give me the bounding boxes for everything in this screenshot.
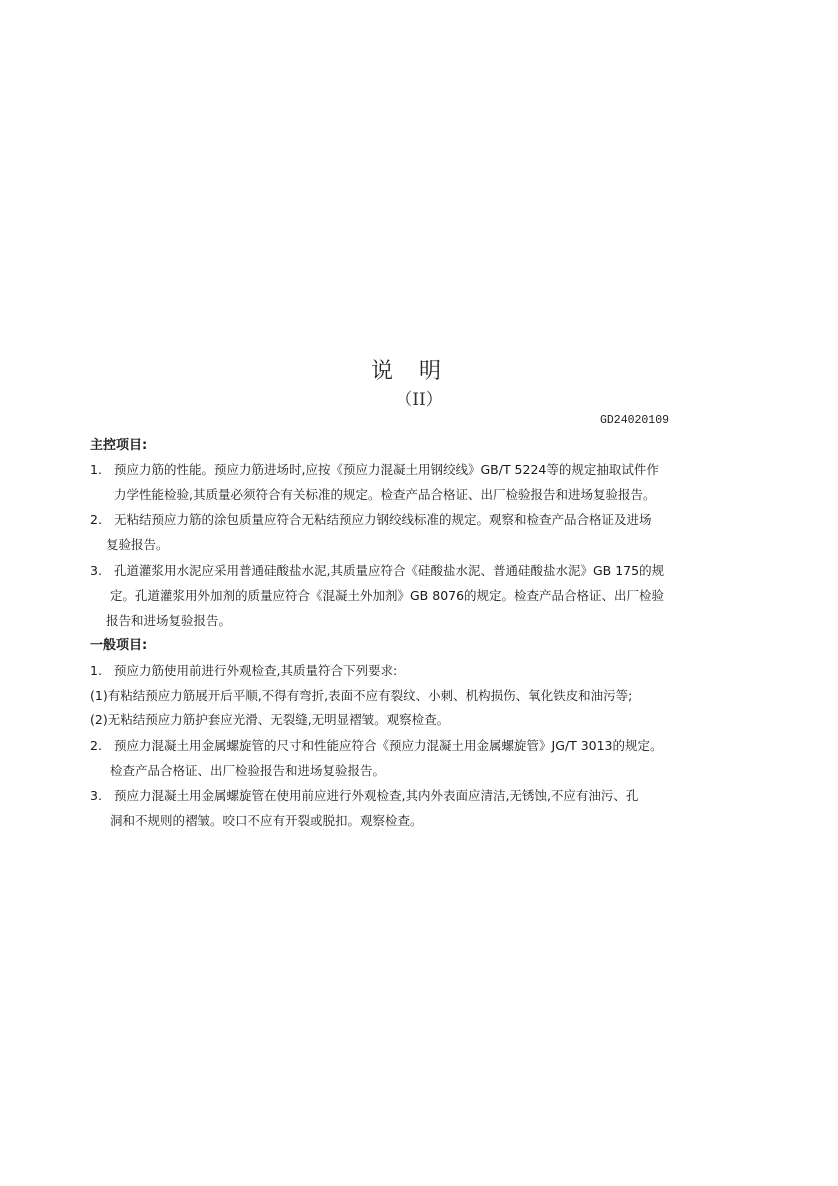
item-number: 1.	[90, 663, 114, 679]
list-item-general-3-line-2: 洞和不规则的褶皱。咬口不应有开裂或脱扣。观察检查。	[110, 813, 423, 829]
item-text: 预应力混凝土用金属螺旋管在使用前应进行外观检查,其内外表面应清洁,无锈蚀,不应有…	[114, 788, 638, 803]
list-item-general-3-line-1: 3.预应力混凝土用金属螺旋管在使用前应进行外观检查,其内外表面应清洁,无锈蚀,不…	[90, 788, 638, 804]
section-heading-general: 一般项目:	[90, 638, 147, 654]
list-item-main-3-line-3: 报告和进场复验报告。	[106, 613, 231, 629]
list-item-general-2-line-1: 2.预应力混凝土用金属螺旋管的尺寸和性能应符合《预应力混凝土用金属螺旋管》JG/…	[90, 738, 663, 754]
list-item-general-1-line-1: 1.预应力筋使用前进行外观检查,其质量符合下列要求:	[90, 663, 397, 679]
page-subtitle: （II）	[0, 385, 838, 410]
list-item-main-3-line-2: 定。孔道灌浆用外加剂的质量应符合《混凝土外加剂》GB 8076的规定。检查产品合…	[110, 588, 664, 604]
item-text: 预应力混凝土用金属螺旋管的尺寸和性能应符合《预应力混凝土用金属螺旋管》JG/T …	[114, 738, 663, 753]
item-number: 3.	[90, 563, 114, 579]
sub-item-general-1-2: (2)无粘结预应力筋护套应光滑、无裂缝,无明显褶皱。观察检查。	[90, 712, 449, 728]
sub-item-general-1-1: (1)有粘结预应力筋展开后平顺,不得有弯折,表面不应有裂纹、小刺、机构损伤、氧化…	[90, 688, 632, 704]
item-number: 2.	[90, 512, 114, 528]
list-item-general-2-line-2: 检查产品合格证、出厂检验报告和进场复验报告。	[110, 763, 385, 779]
document-page: 说明 （II） GD24020109 主控项目: 1.预应力筋的性能。预应力筋进…	[0, 0, 838, 1186]
list-item-main-1-line-2: 力学性能检验,其质量必须符合有关标准的规定。检查产品合格证、出厂检验报告和进场复…	[114, 487, 655, 503]
list-item-main-1-line-1: 1.预应力筋的性能。预应力筋进场时,应按《预应力混凝土用钢绞线》GB/T 522…	[90, 462, 659, 478]
item-text: 孔道灌浆用水泥应采用普通硅酸盐水泥,其质量应符合《硅酸盐水泥、普通硅酸盐水泥》G…	[114, 563, 664, 578]
item-text: 无粘结预应力筋的涂包质量应符合无粘结预应力钢绞线标准的规定。观察和检查产品合格证…	[114, 512, 652, 527]
item-text: 预应力筋使用前进行外观检查,其质量符合下列要求:	[114, 663, 397, 678]
item-number: 3.	[90, 788, 114, 804]
page-title: 说明	[0, 354, 838, 385]
title-char-1: 说	[371, 359, 419, 384]
list-item-main-3-line-1: 3.孔道灌浆用水泥应采用普通硅酸盐水泥,其质量应符合《硅酸盐水泥、普通硅酸盐水泥…	[90, 563, 664, 579]
list-item-main-2-line-2: 复验报告。	[106, 537, 169, 553]
section-heading-main-control: 主控项目:	[90, 438, 147, 454]
document-number: GD24020109	[600, 414, 669, 427]
list-item-main-2-line-1: 2.无粘结预应力筋的涂包质量应符合无粘结预应力钢绞线标准的规定。观察和检查产品合…	[90, 512, 652, 528]
item-number: 2.	[90, 738, 114, 754]
item-number: 1.	[90, 462, 114, 478]
item-text: 预应力筋的性能。预应力筋进场时,应按《预应力混凝土用钢绞线》GB/T 5224等…	[114, 462, 659, 477]
title-char-2: 明	[419, 359, 467, 384]
